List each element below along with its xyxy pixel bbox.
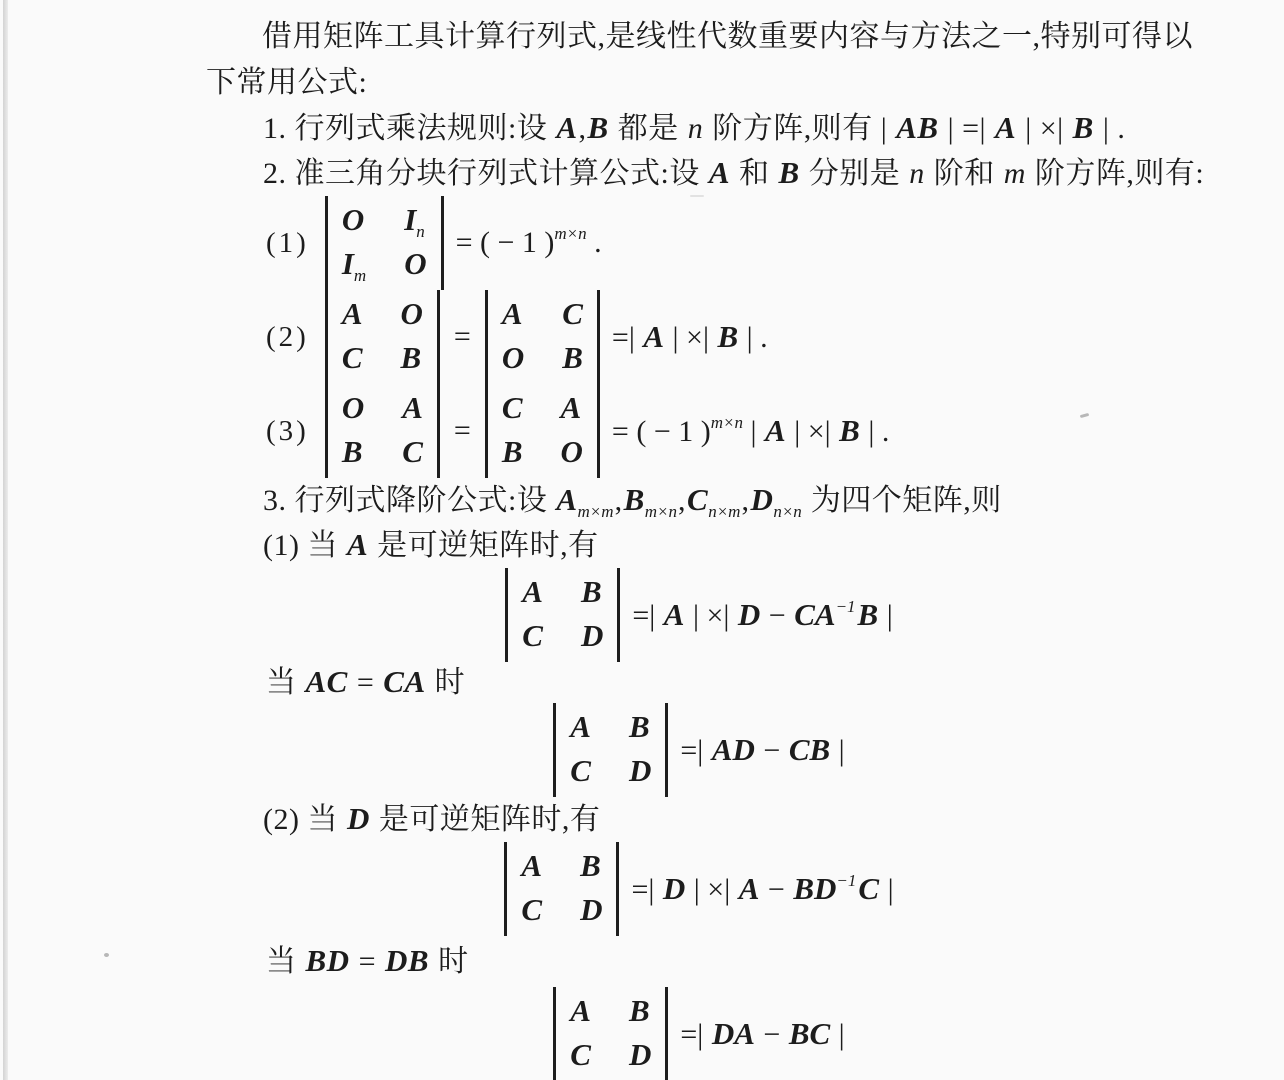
equals-sign: = (454, 414, 471, 448)
scan-speck (690, 195, 704, 197)
scanned-textbook-page: 借用矩阵工具计算行列式,是线性代数重要内容与方法之一,特别可得以 下常用公式: … (0, 0, 1284, 1080)
formula-4: ABCD =| A | ×| D − CA−1B | (206, 568, 1188, 662)
condition-BD-equals-DB: 当 BD = DB 时 (266, 936, 1188, 987)
determinant-A-O-C-B: AOCB (325, 290, 440, 384)
formula-3: (3) OABC = CABO = ( − 1 )m×n | A | ×| B … (266, 384, 1188, 478)
condition-AC-equals-CA: 当 AC = CA 时 (266, 662, 1188, 703)
determinant-A-B-C-D: ABCD (553, 987, 668, 1080)
formula-1-rhs: = ( − 1 )m×n . (456, 226, 602, 260)
formula-5: ABCD =| AD − CB | (206, 703, 1188, 797)
intro-line-1: 借用矩阵工具计算行列式,是线性代数重要内容与方法之一,特别可得以 (206, 14, 1188, 60)
formula-6: ABCD =| D | ×| A − BD−1C | (206, 842, 1188, 936)
formula-7-rhs: =| DA − BC | (680, 1016, 844, 1052)
formula-7: ABCD =| DA − BC | (206, 987, 1188, 1080)
formula-4-rhs: =| A | ×| D − CA−1B | (632, 597, 892, 633)
rule-3-order-reduction: 3. 行列式降阶公式:设 Am×m,Bm×n,Cn×m,Dn×n 为四个矩阵,则 (263, 478, 1188, 523)
formula-2: (2) AOCB = ACOB =| A | ×| B | . (266, 290, 1188, 384)
intro-line-2: 下常用公式: (206, 60, 1188, 106)
formula-2-label: (2) (266, 321, 309, 354)
formula-6-rhs: =| D | ×| A − BD−1C | (631, 871, 893, 907)
determinant-O-In-Im-O: OInImO (325, 196, 444, 290)
determinant-A-B-C-D: ABCD (553, 703, 668, 797)
formula-1: (1) OInImO = ( − 1 )m×n . (266, 196, 1188, 290)
rule-1-determinant-multiplication: 1. 行列式乘法规则:设 A,B 都是 n 阶方阵,则有 | AB | =| A… (263, 106, 1188, 151)
formula-5-rhs: =| AD − CB | (680, 732, 844, 768)
determinant-A-B-C-D: ABCD (504, 842, 619, 936)
formula-3-rhs: = ( − 1 )m×n | A | ×| B | . (612, 413, 889, 449)
determinant-C-A-B-O: CABO (485, 384, 600, 478)
determinant-A-C-O-B: ACOB (485, 290, 600, 384)
formula-3-label: (3) (266, 415, 309, 448)
determinant-A-B-C-D: ABCD (505, 568, 620, 662)
determinant-O-A-B-C: OABC (325, 384, 440, 478)
case-1-A-invertible: (1) 当 A 是可逆矩阵时,有 (263, 523, 1188, 568)
scan-speck (104, 953, 109, 957)
rule-2-block-triangular: 2. 准三角分块行列式计算公式:设 A 和 B 分别是 n 阶和 m 阶方阵,则… (263, 151, 1188, 196)
case-2-D-invertible: (2) 当 D 是可逆矩阵时,有 (263, 797, 1188, 842)
formula-1-label: (1) (266, 227, 309, 260)
formula-2-rhs: =| A | ×| B | . (612, 319, 768, 355)
equals-sign: = (454, 320, 471, 354)
scan-edge-artifact (3, 0, 8, 1080)
